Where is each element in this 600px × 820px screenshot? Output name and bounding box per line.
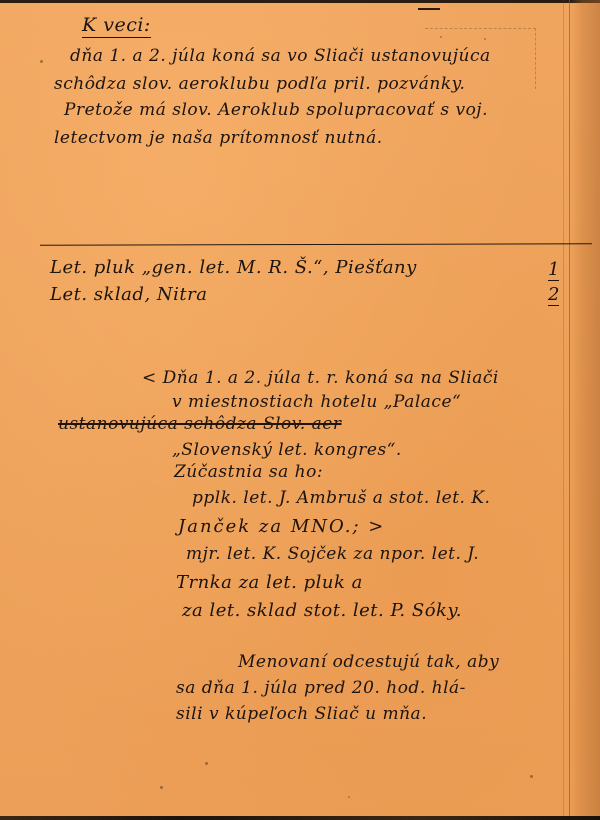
distribution-recipient: Let. sklad, Nitra [50, 284, 207, 305]
page-bottom-edge [0, 816, 600, 820]
document-page: K veci: dňa 1. a 2. júla koná sa vo Slia… [0, 0, 600, 820]
page-fold-line [563, 0, 564, 820]
paper-speck [205, 762, 208, 765]
body-line: pplk. let. J. Ambruš a stot. let. K. [192, 488, 490, 508]
intro-line: letectvom je naša prítomnosť nutná. [54, 128, 383, 148]
body-line: < Dňa 1. a 2. júla t. r. koná sa na Slia… [142, 368, 499, 388]
intro-line: Pretože má slov. Aeroklub spolupracovať … [64, 100, 488, 120]
body-line: sili v kúpeľoch Sliač u mňa. [176, 704, 427, 724]
page-right-margin [569, 0, 600, 820]
body-line: „Slovenský let. kongres“. [172, 440, 402, 460]
body-line: Trnka za let. pluk a [176, 572, 363, 593]
body-line: sa dňa 1. júla pred 20. hod. hlá- [176, 678, 466, 698]
paper-speck [440, 36, 442, 38]
paper-speck [160, 786, 163, 789]
section-divider [40, 243, 592, 245]
intro-line: schôdza slov. aeroklubu podľa pril. pozv… [54, 74, 465, 94]
paper-speck [530, 775, 533, 778]
paper-speck [348, 796, 350, 798]
distribution-number: 1 [548, 260, 559, 281]
intro-line: dňa 1. a 2. júla koná sa vo Sliači ustan… [70, 46, 491, 66]
struck-through-line: ustanovujúca schôdza Slov. aer [58, 414, 342, 434]
paper-speck [40, 60, 43, 63]
distribution-recipient: Let. pluk „gen. let. M. R. Š.“, Piešťany [50, 257, 417, 278]
body-line: za let. sklad stot. let. P. Sóky. [182, 600, 462, 621]
body-line: mjr. let. K. Sojček za npor. let. J. [186, 544, 479, 564]
body-line: v miestnostiach hotelu „Palace“ [172, 392, 461, 412]
distribution-number: 2 [548, 285, 559, 306]
body-line: Janček za MNO.; > [178, 516, 385, 537]
paper-speck [484, 38, 486, 40]
body-line: Menovaní odcestujú tak, aby [238, 652, 499, 672]
subject-heading: K veci: [82, 14, 151, 38]
page-top-edge [0, 0, 600, 3]
body-line: Zúčastnia sa ho: [174, 462, 323, 482]
ink-mark [418, 8, 440, 10]
